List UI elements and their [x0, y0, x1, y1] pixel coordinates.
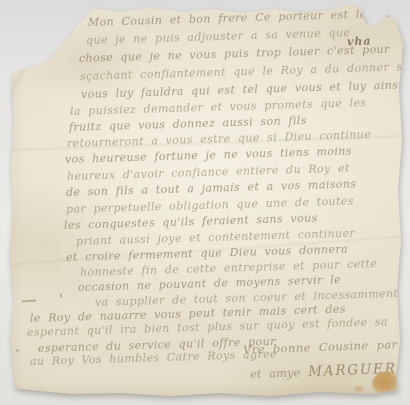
handwriting-line: les conquestes qu'ils feraient sans vous [64, 211, 318, 232]
handwriting-line: sçachant confiantement que le Roy a du d… [80, 60, 407, 83]
handwriting-line: occasion ne pouvant de moyens servir le [78, 273, 341, 294]
handwriting-line: que je ne puis adjouster a sa venue que [86, 26, 351, 47]
handwriting-line: va supplier de tout son coeur et incessa… [95, 287, 399, 309]
handwriting-line: et croire fermement que Dieu vous donner… [66, 243, 348, 264]
ink-blot-word: vha [347, 35, 372, 49]
closing-line: Vre bonne Cousine par [243, 337, 398, 356]
signature-line: et amyeMARGUERITE [250, 357, 410, 382]
handwriting-line: par perpetuelle obligation que une de to… [66, 194, 354, 216]
manuscript-paper-shadow: Mon Cousin et bon frere Ce porteur est l… [0, 0, 410, 405]
handwriting-line: le Roy de nauarre vous peut tenir mais c… [30, 303, 346, 325]
handwriting-line: esperant qu'il ira bien tost plus sur qu… [27, 315, 388, 339]
photo-background: Mon Cousin et bon frere Ce porteur est l… [0, 0, 410, 405]
signature: MARGUERITE [308, 360, 410, 380]
handwriting-line: priant aussi joye et contentement contin… [76, 227, 355, 248]
margin-dash-mark [22, 300, 36, 302]
handwriting-line: retourneront a vous estre que si Dieu co… [67, 128, 371, 150]
handwriting-line: vos heureuse fortune je ne vous tiens mo… [65, 144, 352, 166]
handwriting-line: honneste fin de cette entreprise et pour… [80, 257, 378, 279]
handwriting-line: fruitz que vous donnez aussi son fils [69, 114, 307, 134]
handwriting-line: esperance du service qu'il offre pour [38, 335, 276, 355]
handwriting-line: heureux d'avoir confiance entiere du Roy… [67, 162, 350, 183]
handwriting-line: Mon Cousin et bon frere Ce porteur est l… [88, 6, 410, 29]
handwriting-line: la puissiez demander et vous promets que… [70, 96, 367, 118]
corner-stain-small [353, 385, 365, 393]
manuscript-paper: Mon Cousin et bon frere Ce porteur est l… [0, 0, 410, 405]
handwriting-line: de son fils a tout a jamais et a vos mai… [66, 177, 357, 199]
handwriting-line: au Roy Vos humbles Catre Roys agree [30, 348, 277, 368]
margin-speck [16, 349, 19, 352]
handwriting-line: vous luy fauldra qui est tel que vous et… [81, 78, 403, 101]
margin-dot-mark [60, 293, 62, 298]
corner-stain [372, 371, 399, 394]
closing-amye: et amye [250, 365, 301, 381]
handwriting-line: chose que je ne vous puis trop louer c'e… [79, 43, 390, 65]
